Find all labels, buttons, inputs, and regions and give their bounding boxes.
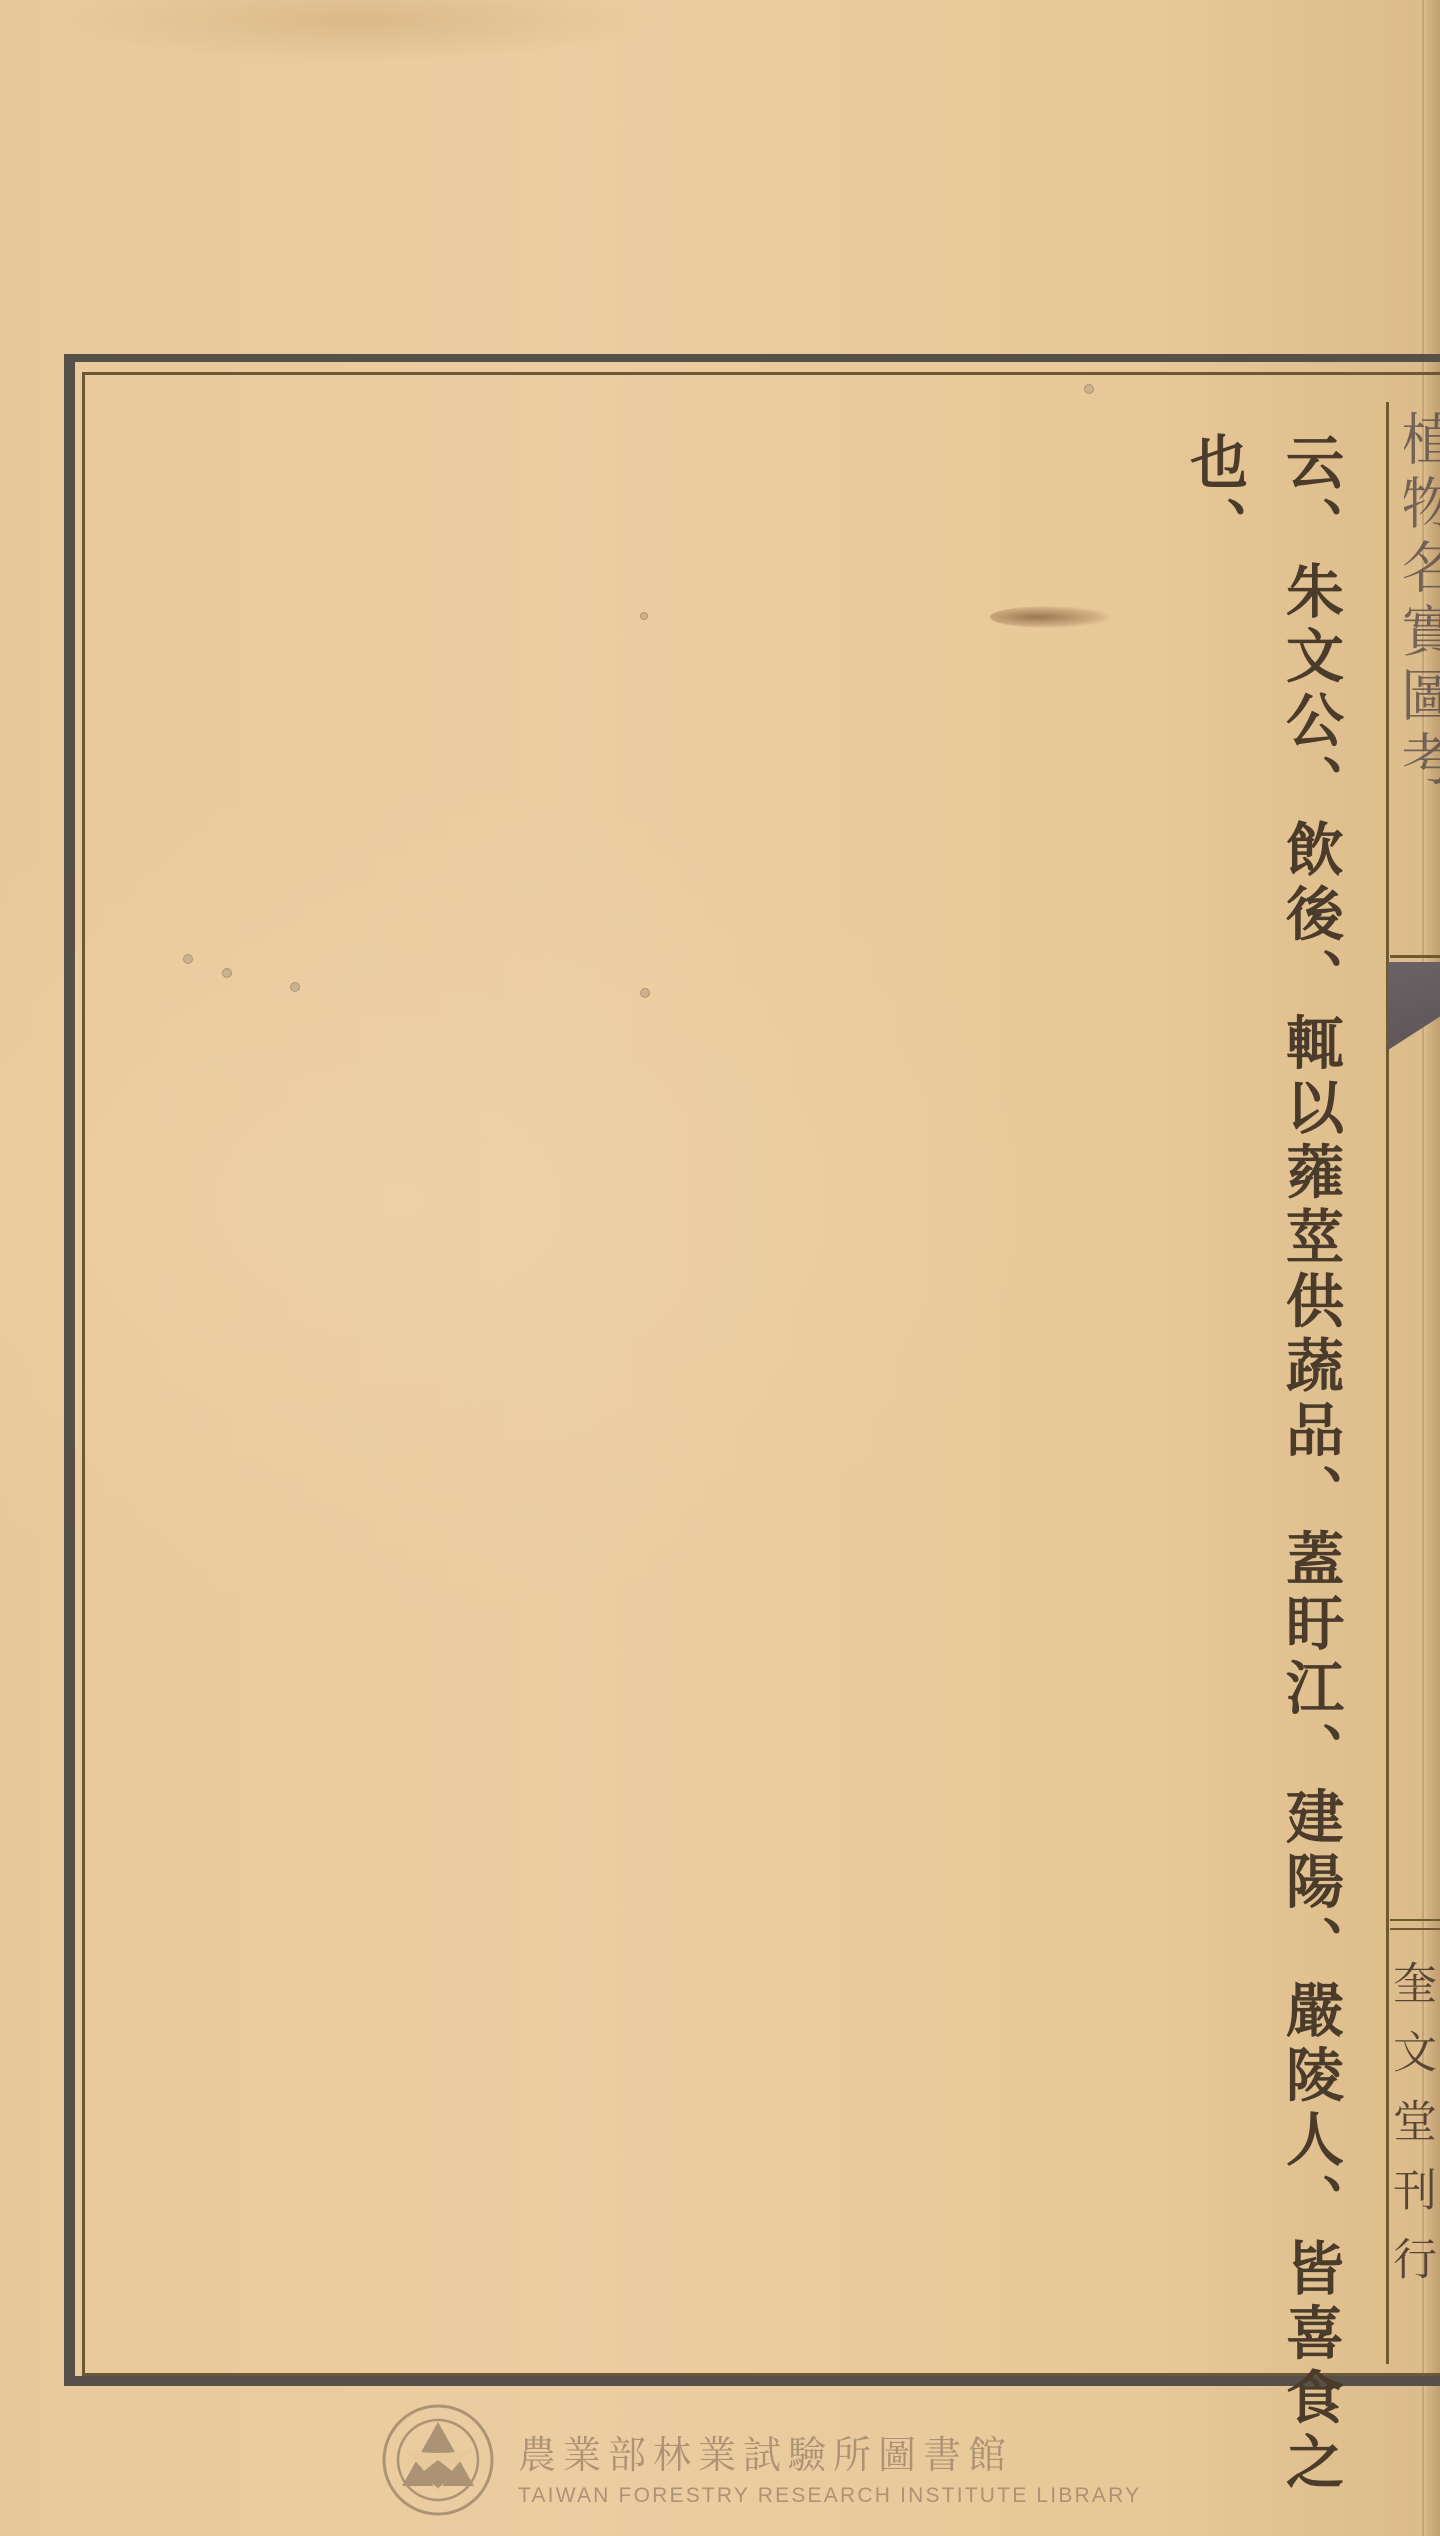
center-column-book-title: 植物名實圖考 [1404,410,1440,930]
paper-speck [183,954,193,964]
library-watermark: 農業部林業試驗所圖書館 TAIWAN FORESTRY RESEARCH INS… [378,2400,1078,2530]
library-name-english: TAIWAN FORESTRY RESEARCH INSTITUTE LIBRA… [518,2484,1141,2508]
ink-stain [990,606,1110,628]
library-name-chinese: 農業部林業試驗所圖書館 [518,2424,1013,2479]
page-border-inner [82,372,1440,2376]
paper-speck [290,982,300,992]
paper-speck [1084,384,1094,394]
paper-speck [640,612,648,620]
main-text-column: 云、朱文公、飲後、輒以蕹莖供蔬品、蓋盱江、建陽、嚴陵人、皆喜食之也、 [1262,432,1358,2536]
center-column-divider-bottom [1390,1928,1440,1930]
fish-tail-rule [1390,955,1440,958]
forestry-institute-logo-icon [378,2400,498,2520]
center-column-divider-top [1390,1919,1440,1921]
paper-speck [222,968,232,978]
paper-speck [640,988,650,998]
publisher-imprint: 奎文堂刊行 [1380,1960,1440,2305]
